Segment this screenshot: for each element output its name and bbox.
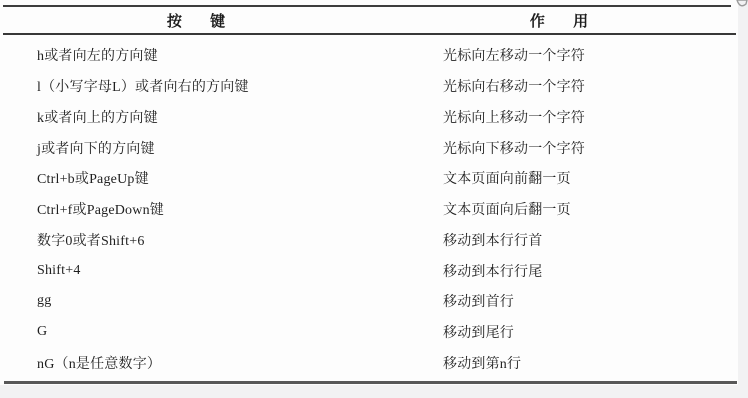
action-cell: 文本页面向后翻一页 bbox=[410, 199, 738, 219]
key-cell: l（小写字母L）或者向右的方向键 bbox=[0, 76, 410, 96]
page-curl-icon bbox=[734, 0, 748, 15]
table-row: h或者向左的方向键 光标向左移动一个字符 bbox=[0, 40, 738, 71]
column-header-key: 按 键 bbox=[0, 10, 410, 31]
table-header-rule bbox=[3, 33, 736, 35]
column-header-action: 作 用 bbox=[410, 10, 738, 31]
table-row: Ctrl+f或PageDown键 文本页面向后翻一页 bbox=[0, 194, 738, 225]
action-cell: 移动到首行 bbox=[410, 291, 738, 311]
action-cell: 文本页面向前翻一页 bbox=[410, 168, 738, 188]
action-cell: 光标向右移动一个字符 bbox=[410, 76, 738, 96]
action-cell: 光标向上移动一个字符 bbox=[410, 107, 738, 127]
action-cell: 光标向左移动一个字符 bbox=[410, 45, 738, 65]
key-cell: gg bbox=[0, 293, 410, 309]
table-row: j或者向下的方向键 光标向下移动一个字符 bbox=[0, 132, 738, 163]
table-row: l（小写字母L）或者向右的方向键 光标向右移动一个字符 bbox=[0, 71, 738, 102]
key-cell: k或者向上的方向键 bbox=[0, 107, 410, 127]
action-cell: 移动到第n行 bbox=[410, 353, 738, 373]
table-row: G 移动到尾行 bbox=[0, 317, 738, 348]
table-row: Ctrl+b或PageUp键 文本页面向前翻一页 bbox=[0, 163, 738, 194]
key-cell: Ctrl+b或PageUp键 bbox=[0, 168, 410, 188]
action-cell: 移动到本行行首 bbox=[410, 230, 738, 250]
table-row: k或者向上的方向键 光标向上移动一个字符 bbox=[0, 101, 738, 132]
action-cell: 移动到尾行 bbox=[410, 322, 738, 342]
key-cell: j或者向下的方向键 bbox=[0, 138, 410, 158]
table-row: gg 移动到首行 bbox=[0, 286, 738, 317]
key-cell: Shift+4 bbox=[0, 263, 410, 279]
table-row: Shift+4 移动到本行行尾 bbox=[0, 255, 738, 286]
action-cell: 移动到本行行尾 bbox=[410, 261, 738, 281]
table-body: h或者向左的方向键 光标向左移动一个字符 l（小写字母L）或者向右的方向键 光标… bbox=[0, 40, 738, 378]
key-cell: Ctrl+f或PageDown键 bbox=[0, 199, 410, 219]
key-cell: nG（n是任意数字） bbox=[0, 353, 410, 373]
table-row: nG（n是任意数字） 移动到第n行 bbox=[0, 347, 738, 378]
table-bottom-rule bbox=[4, 381, 737, 384]
table-row: 数字0或者Shift+6 移动到本行行首 bbox=[0, 224, 738, 255]
table-header-row: 按 键 作 用 bbox=[0, 7, 738, 33]
key-cell: 数字0或者Shift+6 bbox=[0, 230, 410, 250]
action-cell: 光标向下移动一个字符 bbox=[410, 138, 738, 158]
key-cell: h或者向左的方向键 bbox=[0, 45, 410, 65]
document-sheet: 按 键 作 用 h或者向左的方向键 光标向左移动一个字符 l（小写字母L）或者向… bbox=[0, 0, 738, 385]
key-cell: G bbox=[0, 324, 410, 340]
